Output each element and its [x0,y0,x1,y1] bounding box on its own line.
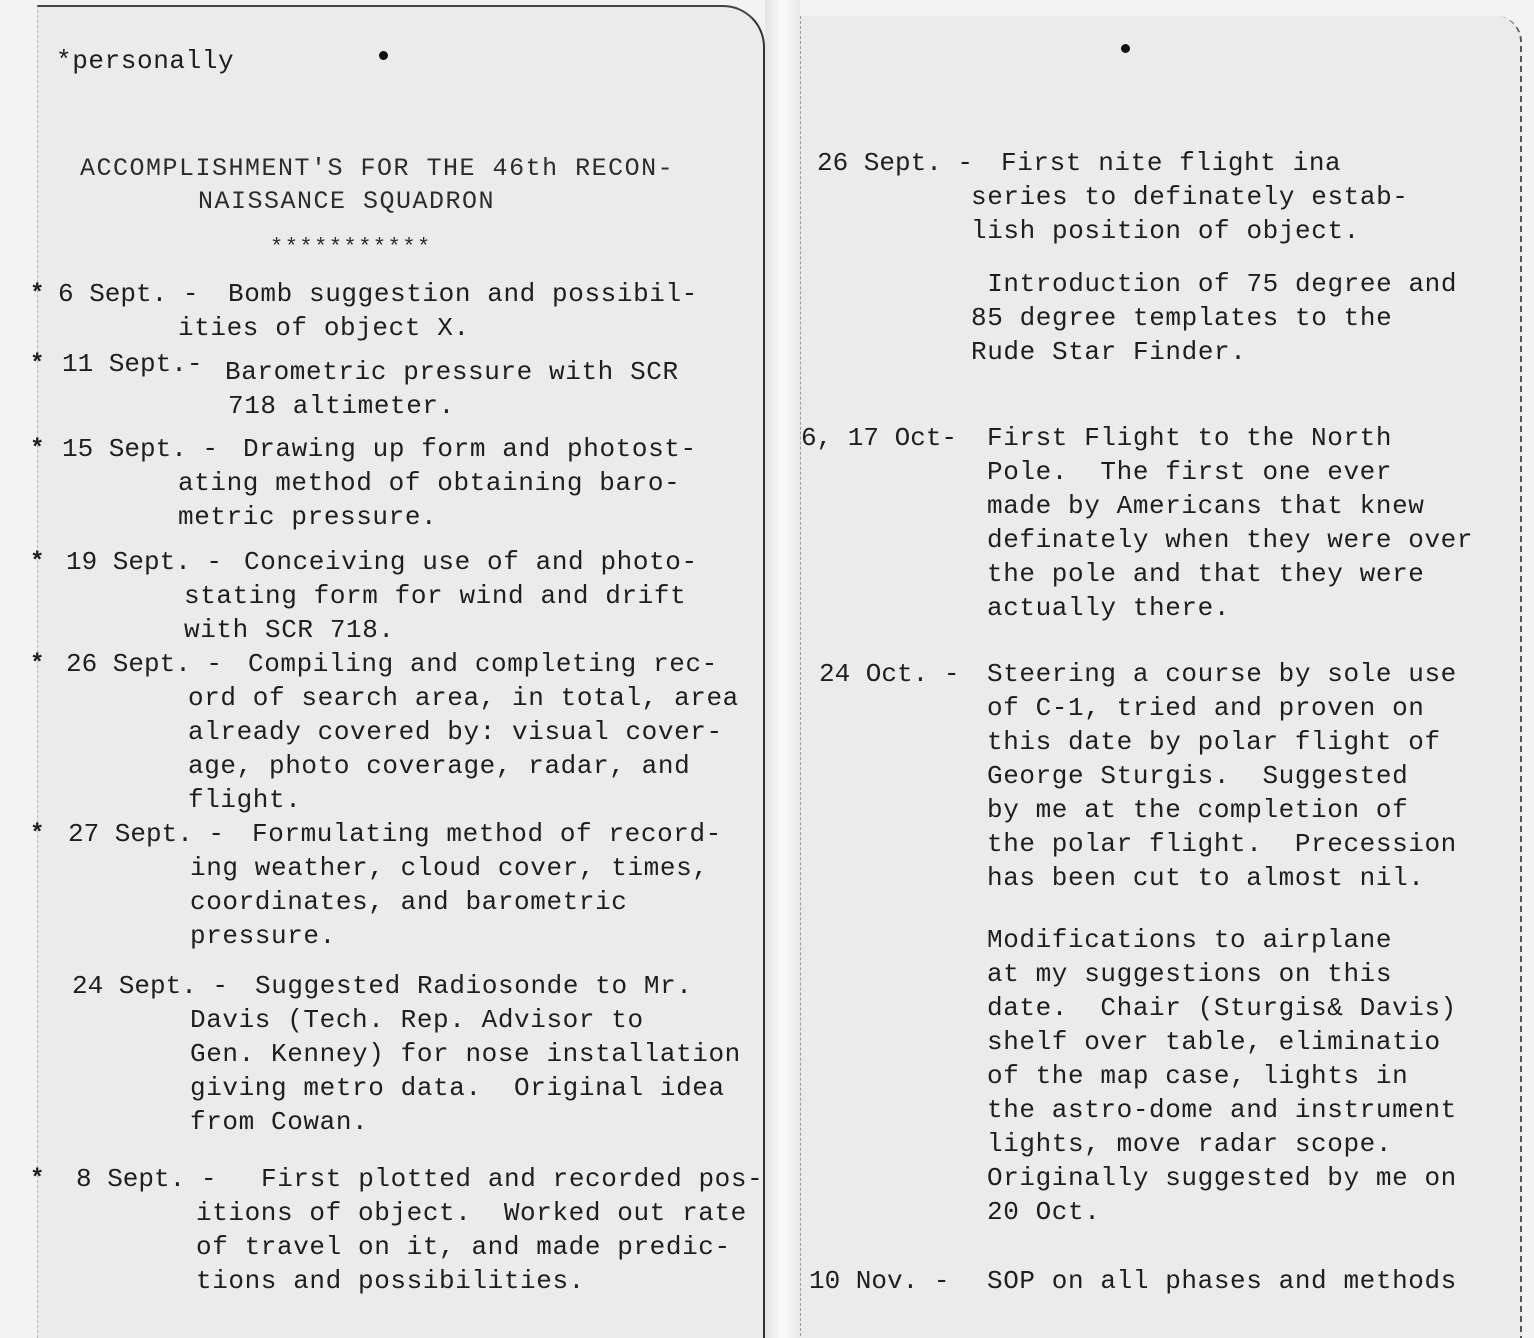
entry-date: 10 Nov. - [809,1264,949,1298]
entry-line: ities of object X. [178,311,698,345]
entry-line: Modifications to airplane [987,923,1457,957]
entry-line: definately when they were over [987,523,1473,557]
entry-line: Gen. Kenney) for nose installation [190,1037,741,1071]
entry-line: by me at the completion of [987,793,1457,827]
entry-line: Drawing up form and photost- [243,432,697,466]
asterisk-marker: * [30,351,44,378]
personally-note: *personally [56,44,234,78]
entry-text: First nite flight inaseries to definatel… [971,146,1408,248]
entry-text: Conceiving use of and photo-stating form… [184,545,698,647]
entry-line: Rude Star Finder. [971,335,1457,369]
entry-line: lights, move radar scope. [987,1127,1457,1161]
entry-line: this date by polar flight of [987,725,1457,759]
page-gutter [765,0,800,1338]
entry-line: of C-1, tried and proven on [987,691,1457,725]
entry-text: First Flight to the NorthPole. The first… [987,421,1473,625]
entry-line: the pole and that they were [987,557,1473,591]
entry-date: 24 Oct. - [819,657,959,691]
punch-hole-mark [379,51,388,60]
entry-line: 718 altimeter. [228,389,679,423]
entry-line: giving metro data. Original idea [190,1071,741,1105]
entry-line: at my suggestions on this [987,957,1457,991]
entry-date: 26 Sept. - [817,146,973,180]
entry-text: Modifications to airplaneat my suggestio… [987,923,1457,1229]
entry-text: SOP on all phases and methods [987,1264,1457,1298]
asterisk-marker: * [30,651,44,678]
entry-line: First nite flight ina [1001,146,1408,180]
entry-line: already covered by: visual cover- [188,715,739,749]
entry-line: date. Chair (Sturgis& Davis) [987,991,1457,1025]
entry-text: Compiling and completing rec-ord of sear… [188,647,739,817]
entry-text: Drawing up form and photost-ating method… [178,432,697,534]
entry-date: 11 Sept.- [62,347,202,381]
entry-line: of the map case, lights in [987,1059,1457,1093]
title-line-2: NAISSANCE SQUADRON [198,187,495,216]
entry-line: First Flight to the North [987,421,1473,455]
entry-line: made by Americans that knew [987,489,1473,523]
entry-line: Conceiving use of and photo- [244,545,698,579]
entry-text: Barometric pressure with SCR718 altimete… [228,355,679,423]
entry-line: Formulating method of record- [252,817,722,851]
entry-line: the astro-dome and instrument [987,1093,1457,1127]
entry-line: Pole. The first one ever [987,455,1473,489]
entry-line: shelf over table, eliminatio [987,1025,1457,1059]
right-page: 26 Sept. -First nite flight inaseries to… [800,16,1522,1338]
entry-line: Bomb suggestion and possibil- [228,277,698,311]
entry-text: Bomb suggestion and possibil-ities of ob… [178,277,698,345]
asterisk-marker: * [30,1166,44,1193]
entry-line: pressure. [190,919,722,953]
entry-line: itions of object. Worked out rate [196,1196,763,1230]
entry-line: 85 degree templates to the [971,301,1457,335]
entry-date: 6, 17 Oct- [801,421,957,455]
entry-line: stating form for wind and drift [184,579,698,613]
entry-line: Originally suggested by me on [987,1161,1457,1195]
entry-line: 20 Oct. [987,1195,1457,1229]
entry-text: First plotted and recorded pos-itions of… [196,1162,763,1298]
entry-text: Steering a course by sole useof C-1, tri… [987,657,1457,895]
entry-line: of travel on it, and made predic- [196,1230,763,1264]
entry-line: Steering a course by sole use [987,657,1457,691]
entry-line: actually there. [987,591,1473,625]
entry-line: Compiling and completing rec- [248,647,739,681]
entry-line: series to definately estab- [971,180,1408,214]
entry-line: lish position of object. [971,214,1408,248]
entry-line: ing weather, cloud cover, times, [190,851,722,885]
entry-line: Introduction of 75 degree and [971,267,1457,301]
entry-line: SOP on all phases and methods [987,1264,1457,1298]
entry-line: age, photo coverage, radar, and [188,749,739,783]
entry-line: from Cowan. [190,1105,741,1139]
left-page: *personally ACCOMPLISHMENT'S FOR THE 46t… [37,5,765,1338]
entry-line: with SCR 718. [184,613,698,647]
entry-line: ating method of obtaining baro- [178,466,697,500]
entry-line: Barometric pressure with SCR [225,355,679,389]
title-separator: *********** [270,235,432,260]
entry-line: tions and possibilities. [196,1264,763,1298]
entry-line: Suggested Radiosonde to Mr. [255,969,741,1003]
entry-text: Introduction of 75 degree and85 degree t… [971,267,1457,369]
asterisk-marker: * [30,549,44,576]
title-line-1: ACCOMPLISHMENT'S FOR THE 46th RECON- [80,154,674,183]
entry-line: flight. [188,783,739,817]
entry-line: First plotted and recorded pos- [261,1162,763,1196]
entry-line: metric pressure. [178,500,697,534]
entry-line: has been cut to almost nil. [987,861,1457,895]
asterisk-marker: * [30,436,44,463]
entry-line: George Sturgis. Suggested [987,759,1457,793]
entry-line: ord of search area, in total, area [188,681,739,715]
entry-line: the polar flight. Precession [987,827,1457,861]
entry-text: Suggested Radiosonde to Mr.Davis (Tech. … [190,969,741,1139]
punch-hole-mark [1121,44,1130,53]
entry-line: coordinates, and barometric [190,885,722,919]
asterisk-marker: * [30,281,44,308]
entry-line: Davis (Tech. Rep. Advisor to [190,1003,741,1037]
asterisk-marker: * [30,821,44,848]
entry-text: Formulating method of record-ing weather… [190,817,722,953]
